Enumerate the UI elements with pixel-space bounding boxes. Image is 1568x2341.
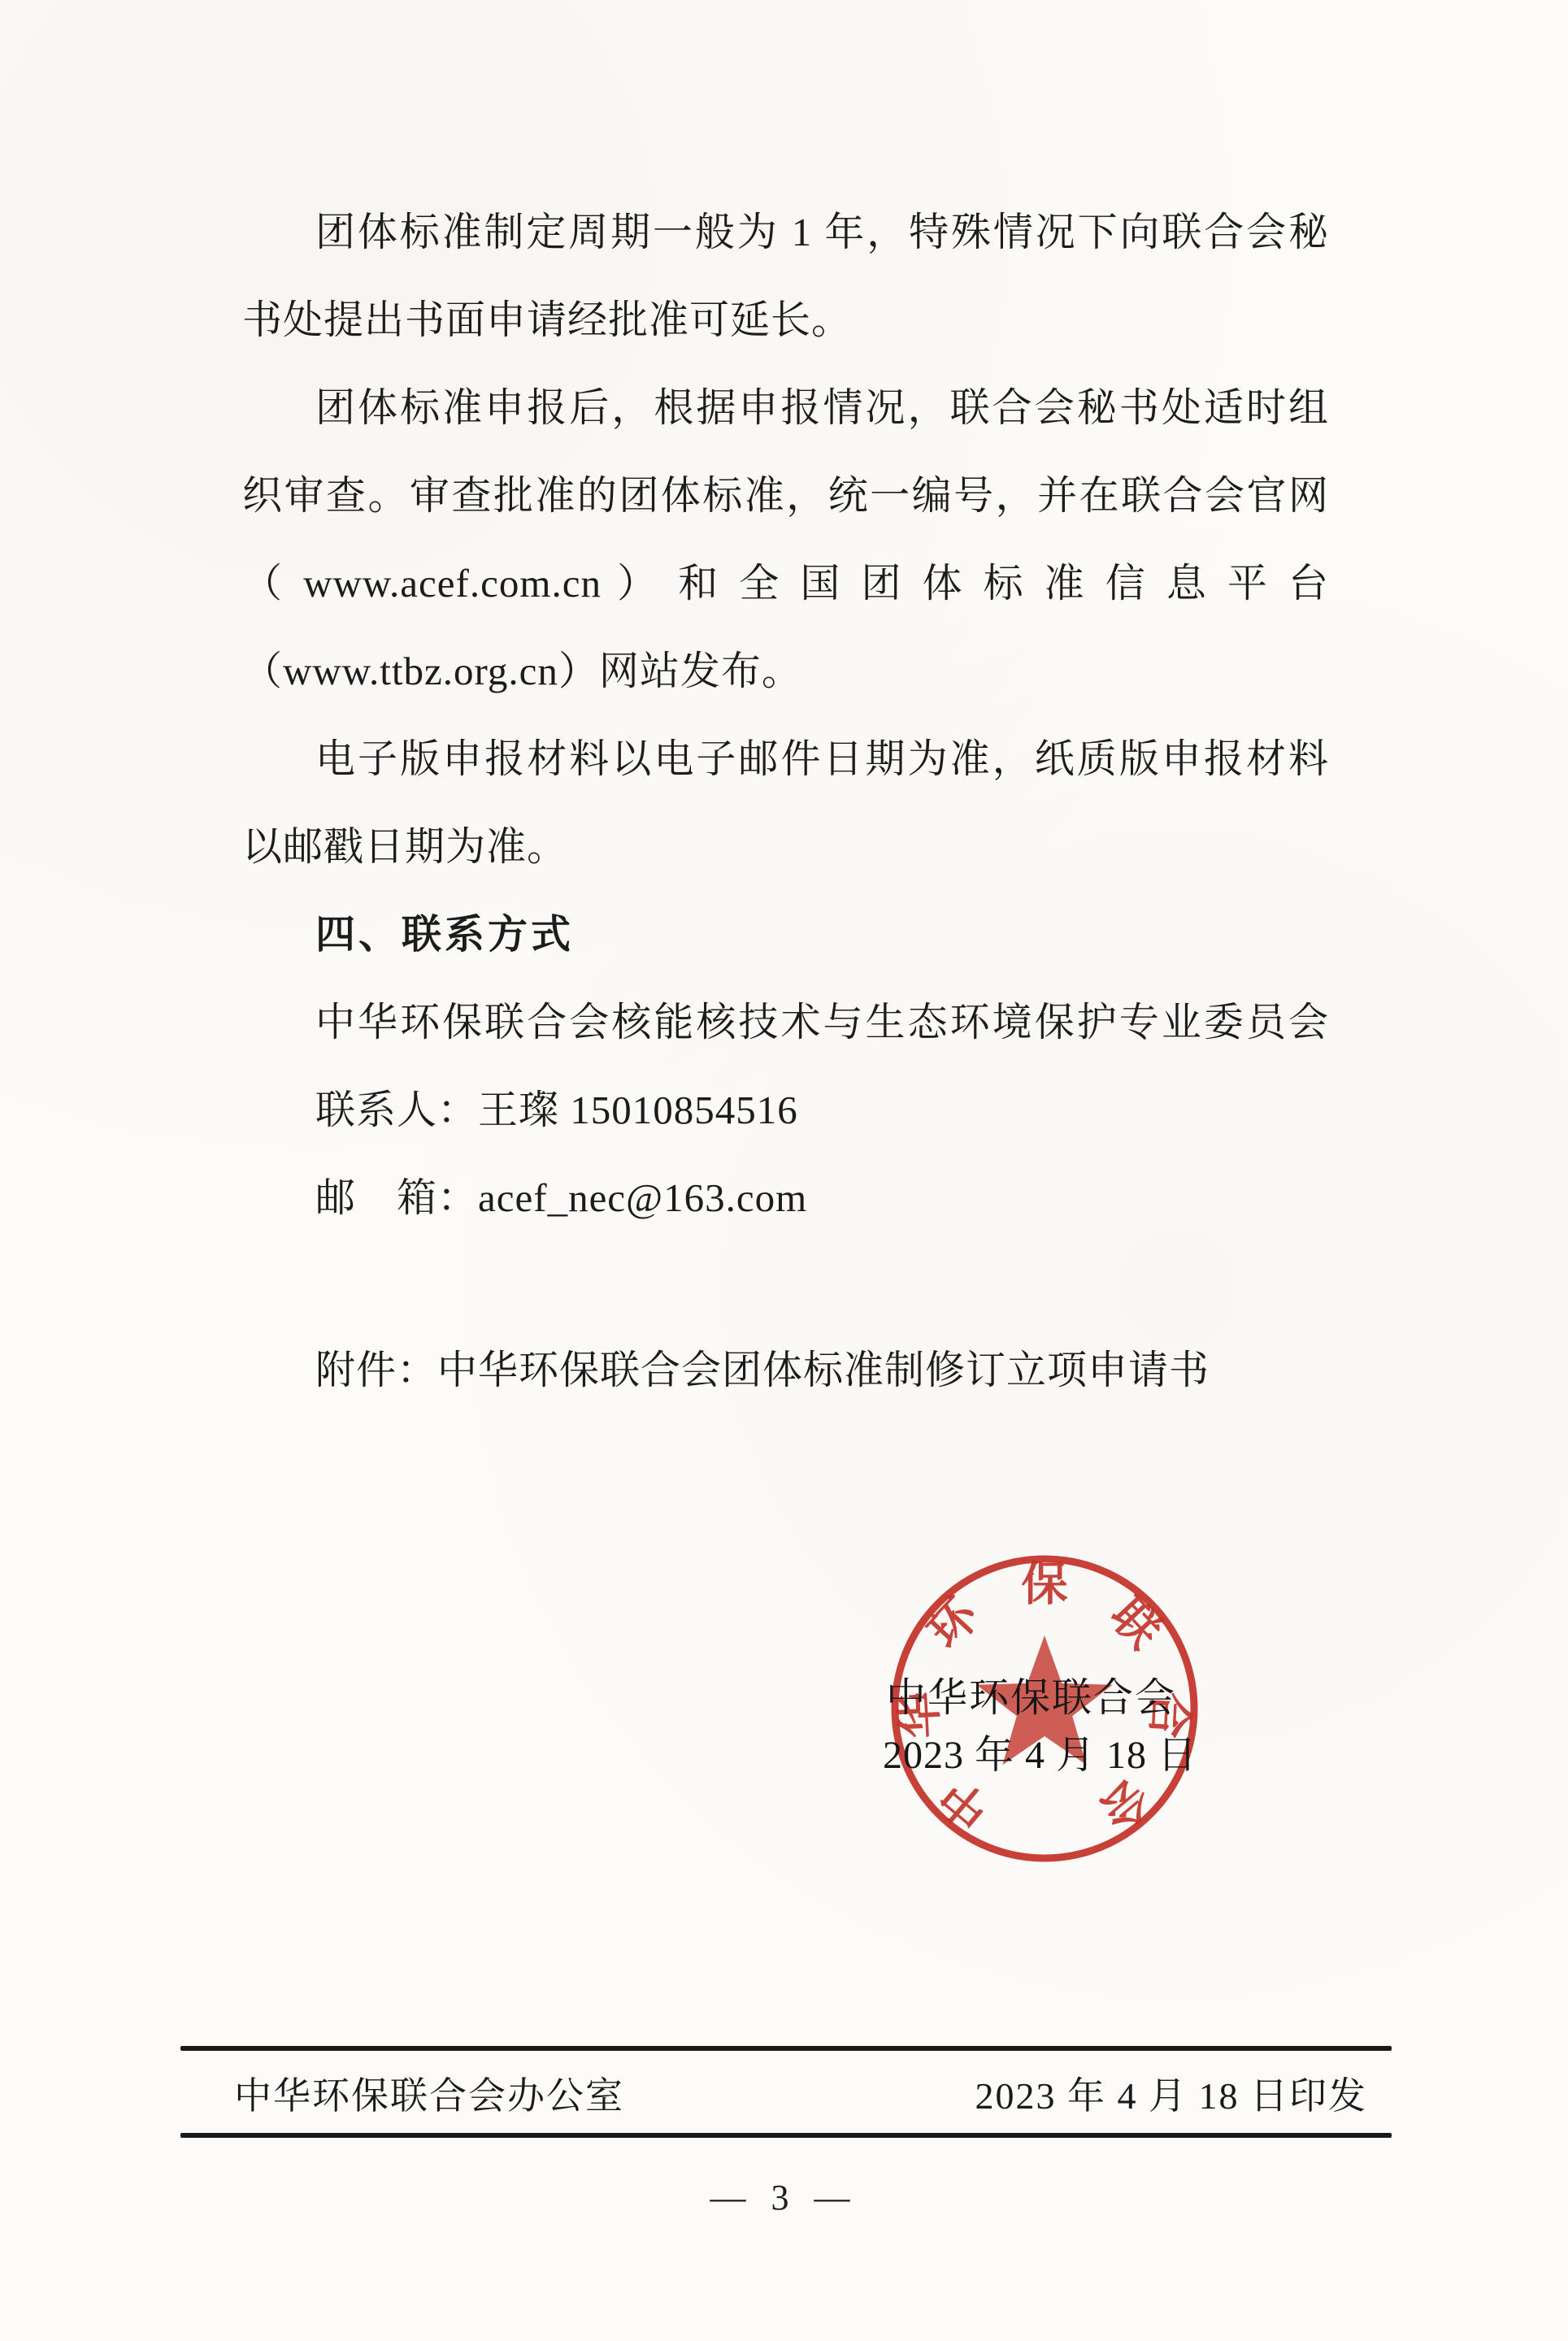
seal-arc-char: 会 xyxy=(1090,1769,1158,1838)
seal-arc-char: 联 xyxy=(1101,1590,1170,1659)
footer-row: 中华环保联合会办公室 2023 年 4 月 18 日印发 xyxy=(180,2065,1392,2122)
section-heading: 四、联系方式 xyxy=(242,891,1329,979)
body-line: 以邮戳日期为准。 xyxy=(242,803,1329,891)
footer-rule-bottom xyxy=(180,2133,1392,2138)
contact-email-line: 邮 箱：acef_nec@163.com xyxy=(242,1154,1329,1242)
seal-arc-char: 中 xyxy=(931,1769,999,1838)
body-line: 中华环保联合会核能核技术与生态环境保护专业委员会 xyxy=(242,979,1329,1066)
body-line: 织审查。审查批准的团体标准，统一编号，并在联合会官网 xyxy=(242,452,1329,540)
page-number: — 3 — xyxy=(0,2177,1568,2218)
body-line: 团体标准制定周期一般为 1 年，特殊情况下向联合会秘 xyxy=(242,189,1329,276)
body-line: （ www.acef.com.cn ） 和 全 国 团 体 标 准 信 息 平 … xyxy=(242,540,1329,628)
body-line: （www.ttbz.org.cn）网站发布。 xyxy=(242,628,1329,715)
body-line: 团体标准申报后，根据申报情况，联合会秘书处适时组 xyxy=(242,364,1329,452)
body-line: 电子版申报材料以电子邮件日期为准，纸质版申报材料 xyxy=(242,715,1329,803)
body-line: 书处提出书面申请经批准可延长。 xyxy=(242,276,1329,364)
signature-org: 中华环保联合会 xyxy=(886,1666,1176,1723)
footer-rule-top xyxy=(180,2046,1392,2051)
document-page: 团体标准制定周期一般为 1 年，特殊情况下向联合会秘 书处提出书面申请经批准可延… xyxy=(0,0,1568,2341)
attachment-line: 附件：中华环保联合会团体标准制修订立项申请书 xyxy=(242,1327,1329,1414)
document-body: 团体标准制定周期一般为 1 年，特殊情况下向联合会秘 书处提出书面申请经批准可延… xyxy=(242,189,1329,1414)
footer-office: 中华环保联合会办公室 xyxy=(234,2066,624,2120)
footer-print-date: 2023 年 4 月 18 日印发 xyxy=(975,2066,1368,2120)
seal-arc-char: 保 xyxy=(1022,1559,1068,1610)
seal-arc-char: 环 xyxy=(919,1588,989,1658)
contact-person-line: 联系人：王璨 15010854516 xyxy=(242,1066,1329,1154)
signature-date: 2023 年 4 月 18 日 xyxy=(883,1723,1197,1779)
